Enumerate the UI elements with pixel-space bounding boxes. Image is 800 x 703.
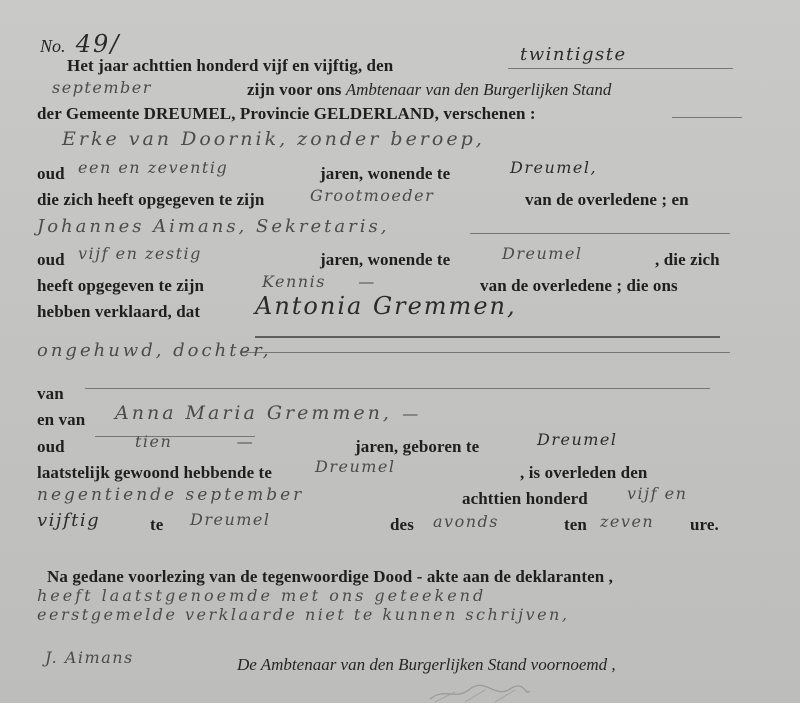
- line-15-hand: Dreumel: [315, 457, 396, 477]
- death-year-part: vijftig: [37, 510, 100, 531]
- line-14: oud: [37, 437, 65, 457]
- line-17-hand-b: Dreumel: [190, 510, 271, 530]
- civil-record-page: No. 49/ Het jaar achttien honderd vijf e…: [0, 0, 800, 703]
- printed-text: ure.: [690, 515, 719, 534]
- deceased-name: Antonia Gremmen,: [255, 292, 517, 320]
- line-17-print-d: ure.: [690, 515, 719, 535]
- line-3: der Gemeente DREUMEL, Provincie GELDERLA…: [37, 104, 536, 124]
- closing-statement-2: eerstgemelde verklaarde niet te kunnen s…: [37, 605, 569, 624]
- declarant-2-residence: Dreumel: [502, 244, 583, 263]
- declarant-1-residence: Dreumel,: [510, 158, 597, 177]
- declarant-2-relation: Kennis: [262, 272, 326, 291]
- line-8-print-c: , die zich: [655, 250, 720, 270]
- number-value: 49: [76, 30, 111, 58]
- line-17: vijftig: [37, 510, 100, 531]
- printed-text: die zich heeft opgegeven te zijn: [37, 190, 264, 209]
- line-8-hand-b: Dreumel: [502, 244, 583, 264]
- fill-line: [240, 352, 730, 353]
- printed-text: heeft opgegeven te zijn: [37, 276, 204, 295]
- line-16-print: achttien honderd: [462, 489, 588, 509]
- handwritten-day: twintigste: [520, 44, 627, 65]
- declarant-2-age: vijf en zestig: [78, 244, 202, 263]
- printed-text: der Gemeente: [37, 104, 139, 123]
- printed-text: hebben verklaard, dat: [37, 302, 200, 321]
- deceased-age: tien: [135, 432, 172, 451]
- printed-text: Het jaar achttien honderd vijf en vijfti…: [67, 56, 393, 75]
- line-5-print: jaren, wonende te: [320, 164, 450, 184]
- line-18: Na gedane voorlezing van de tegenwoordig…: [47, 567, 613, 587]
- number-label: No.: [40, 36, 66, 56]
- line-1-hand: twintigste: [520, 44, 627, 65]
- printed-text: jaren, geboren te: [355, 437, 479, 456]
- line-2: september: [52, 78, 152, 98]
- line-5: oud: [37, 164, 65, 184]
- death-date: negentiende september: [37, 485, 304, 505]
- printed-text: zijn voor ons: [247, 80, 342, 99]
- fill-line-father: [85, 388, 710, 389]
- official-signature: [425, 683, 535, 703]
- line-10: hebben verklaard, dat: [37, 302, 200, 322]
- line-16-hand-b: vijf en: [627, 484, 687, 504]
- printed-text: jaren, wonende te: [320, 250, 450, 269]
- line-21: De Ambtenaar van den Burgerlijken Stand …: [237, 655, 616, 675]
- printed-text: , is overleden den: [520, 463, 647, 482]
- fill-line: [672, 117, 742, 118]
- line-10-hand: Antonia Gremmen,: [255, 292, 517, 320]
- name-underline: [255, 336, 720, 338]
- fill-line: [470, 233, 730, 234]
- printed-text: ten: [564, 515, 587, 534]
- death-time-of-day: avonds: [433, 512, 499, 531]
- line-12: van: [37, 384, 64, 404]
- line-4: Erke van Doornik, zonder beroep,: [62, 128, 485, 150]
- printed-text: oud: [37, 164, 65, 183]
- printed-text: oud: [37, 437, 65, 456]
- line-6: die zich heeft opgegeven te zijn: [37, 190, 264, 210]
- line-13-hand: Anna Maria Gremmen, —: [115, 402, 420, 424]
- line-19: heeft laatstgenoemde met ons geteekend: [37, 586, 486, 606]
- line-8-print: jaren, wonende te: [320, 250, 450, 270]
- line-17-print-c: ten: [564, 515, 587, 535]
- mother-name: Anna Maria Gremmen,: [115, 402, 392, 424]
- death-hour: zeven: [600, 512, 654, 531]
- death-place: Dreumel: [190, 510, 271, 529]
- line-17-print-a: te: [150, 515, 163, 535]
- line-14-hand-b: Dreumel: [537, 430, 618, 450]
- line-9: heeft opgegeven te zijn: [37, 276, 204, 296]
- province-name: GELDERLAND: [314, 104, 435, 123]
- death-year-part: vijf en: [627, 484, 687, 503]
- signature-scribble-icon: [425, 683, 535, 703]
- printed-italic-text: Ambtenaar van den Burgerlijken Stand: [346, 80, 612, 99]
- closing-statement-1: heeft laatstgenoemde met ons geteekend: [37, 586, 486, 605]
- line-2-print: zijn voor ons Ambtenaar van den Burgerli…: [247, 80, 611, 100]
- printed-text: laatstelijk gewoond hebbende te: [37, 463, 272, 482]
- fill-line: [508, 68, 733, 69]
- line-7: Johannes Aimans, Sekretaris,: [37, 216, 389, 237]
- line-16: negentiende september: [37, 485, 304, 505]
- printed-text: , verschenen :: [435, 104, 536, 123]
- line-17-hand-d: zeven: [600, 512, 654, 532]
- declarant-1-relation: Grootmoeder: [310, 186, 434, 205]
- line-13: en van: [37, 410, 85, 430]
- municipality-name: DREUMEL: [144, 104, 232, 123]
- line-5-hand-b: Dreumel,: [510, 158, 597, 178]
- line-6-hand: Grootmoeder: [310, 186, 434, 206]
- handwritten-month: september: [52, 78, 152, 97]
- printed-text: des: [390, 515, 414, 534]
- printed-text: , Provincie: [231, 104, 309, 123]
- line-11: ongehuwd, dochter,: [37, 340, 271, 361]
- line-15-print: , is overleden den: [520, 463, 647, 483]
- signature-aimans: J. Aimans: [45, 648, 134, 667]
- line-14-print: jaren, geboren te: [355, 437, 479, 457]
- line-8-hand: vijf en zestig: [78, 244, 202, 264]
- printed-text: achttien honderd: [462, 489, 588, 508]
- line-8: oud: [37, 250, 65, 270]
- printed-text: van: [37, 384, 64, 403]
- printed-text: oud: [37, 250, 65, 269]
- printed-text: en van: [37, 410, 85, 429]
- declarant-2-name: Johannes Aimans, Sekretaris,: [37, 216, 389, 237]
- printed-text: jaren, wonende te: [320, 164, 450, 183]
- printed-text: van de overledene ; en: [525, 190, 689, 209]
- line-9-hand: Kennis —: [262, 272, 376, 292]
- deceased-last-residence: Dreumel: [315, 457, 396, 476]
- printed-text: Na gedane voorlezing van de tegenwoordig…: [47, 567, 613, 586]
- deceased-birthplace: Dreumel: [537, 430, 618, 449]
- line-17-print-b: des: [390, 515, 414, 535]
- line-5-hand: een en zeventig: [78, 158, 228, 178]
- deceased-status: ongehuwd, dochter,: [37, 340, 271, 361]
- line-1: Het jaar achttien honderd vijf en vijfti…: [67, 56, 393, 76]
- line-14-hand: tien —: [135, 432, 254, 452]
- line-20: eerstgemelde verklaarde niet te kunnen s…: [37, 605, 569, 625]
- declarant-1-name: Erke van Doornik, zonder beroep,: [62, 128, 485, 150]
- declarant-signature: J. Aimans: [45, 648, 134, 668]
- printed-text: , die zich: [655, 250, 720, 269]
- declarant-1-age: een en zeventig: [78, 158, 228, 177]
- line-15: laatstelijk gewoond hebbende te: [37, 463, 272, 483]
- line-6-print: van de overledene ; en: [525, 190, 689, 210]
- line-17-hand-c: avonds: [433, 512, 499, 532]
- record-number: No. 49/: [40, 30, 120, 58]
- official-title: De Ambtenaar van den Burgerlijken Stand …: [237, 655, 616, 674]
- printed-text: te: [150, 515, 163, 534]
- fill-line: [95, 436, 255, 437]
